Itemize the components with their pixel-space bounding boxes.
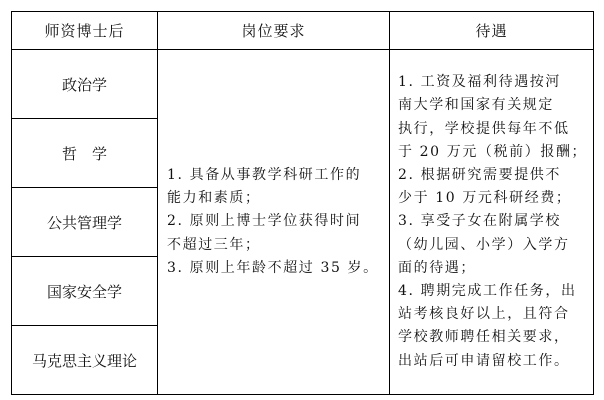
requirement-line: 能力和素质； xyxy=(167,187,383,210)
benefit-line: 2. 根据研究需要提供不 xyxy=(398,164,587,187)
requirement-line: 2. 原则上博士学位获得时间 xyxy=(167,210,383,233)
requirements-cell: 1. 具备从事教学科研工作的 能力和素质； 2. 原则上博士学位获得时间 不超过… xyxy=(158,50,390,395)
benefit-line: 于 20 万元（税前）报酬； xyxy=(398,141,587,164)
subject-cell: 马克思主义理论 xyxy=(12,326,158,395)
benefit-line: 少于 10 万元科研经费； xyxy=(398,187,587,210)
postdoc-table: 师资博士后 岗位要求 待遇 政治学 1. 具备从事教学科研工作的 能力和素质； … xyxy=(11,11,594,395)
benefits-cell: 1. 工资及福利待遇按河 南大学和国家有关规定 执行，学校提供每年不低 于 20… xyxy=(390,50,594,395)
benefit-line: 面的待遇； xyxy=(398,257,587,280)
requirement-line: 1. 具备从事教学科研工作的 xyxy=(167,164,383,187)
benefit-line: 4. 聘期完成工作任务，出 xyxy=(398,280,587,303)
benefit-line: 站考核良好以上，且符合 xyxy=(398,303,587,326)
benefit-line: 执行，学校提供每年不低 xyxy=(398,118,587,141)
requirement-line: 3. 原则上年龄不超过 35 岁。 xyxy=(167,257,383,280)
subject-cell: 政治学 xyxy=(12,50,158,119)
subject-cell: 哲 学 xyxy=(12,119,158,188)
benefit-line: 南大学和国家有关规定 xyxy=(398,94,587,117)
subject-cell: 国家安全学 xyxy=(12,257,158,326)
benefit-line: 出站后可申请留校工作。 xyxy=(398,350,587,373)
subject-cell: 公共管理学 xyxy=(12,188,158,257)
header-requirements: 岗位要求 xyxy=(158,12,390,50)
benefit-line: （幼儿园、小学）入学方 xyxy=(398,234,587,257)
header-benefits: 待遇 xyxy=(390,12,594,50)
benefit-line: 学校教师聘任相关要求， xyxy=(398,326,587,349)
table-row: 政治学 1. 具备从事教学科研工作的 能力和素质； 2. 原则上博士学位获得时间… xyxy=(12,50,594,119)
header-row: 师资博士后 岗位要求 待遇 xyxy=(12,12,594,50)
benefit-line: 1. 工资及福利待遇按河 xyxy=(398,71,587,94)
requirement-line: 不超过三年； xyxy=(167,234,383,257)
benefit-line: 3. 享受子女在附属学校 xyxy=(398,210,587,233)
header-subject: 师资博士后 xyxy=(12,12,158,50)
